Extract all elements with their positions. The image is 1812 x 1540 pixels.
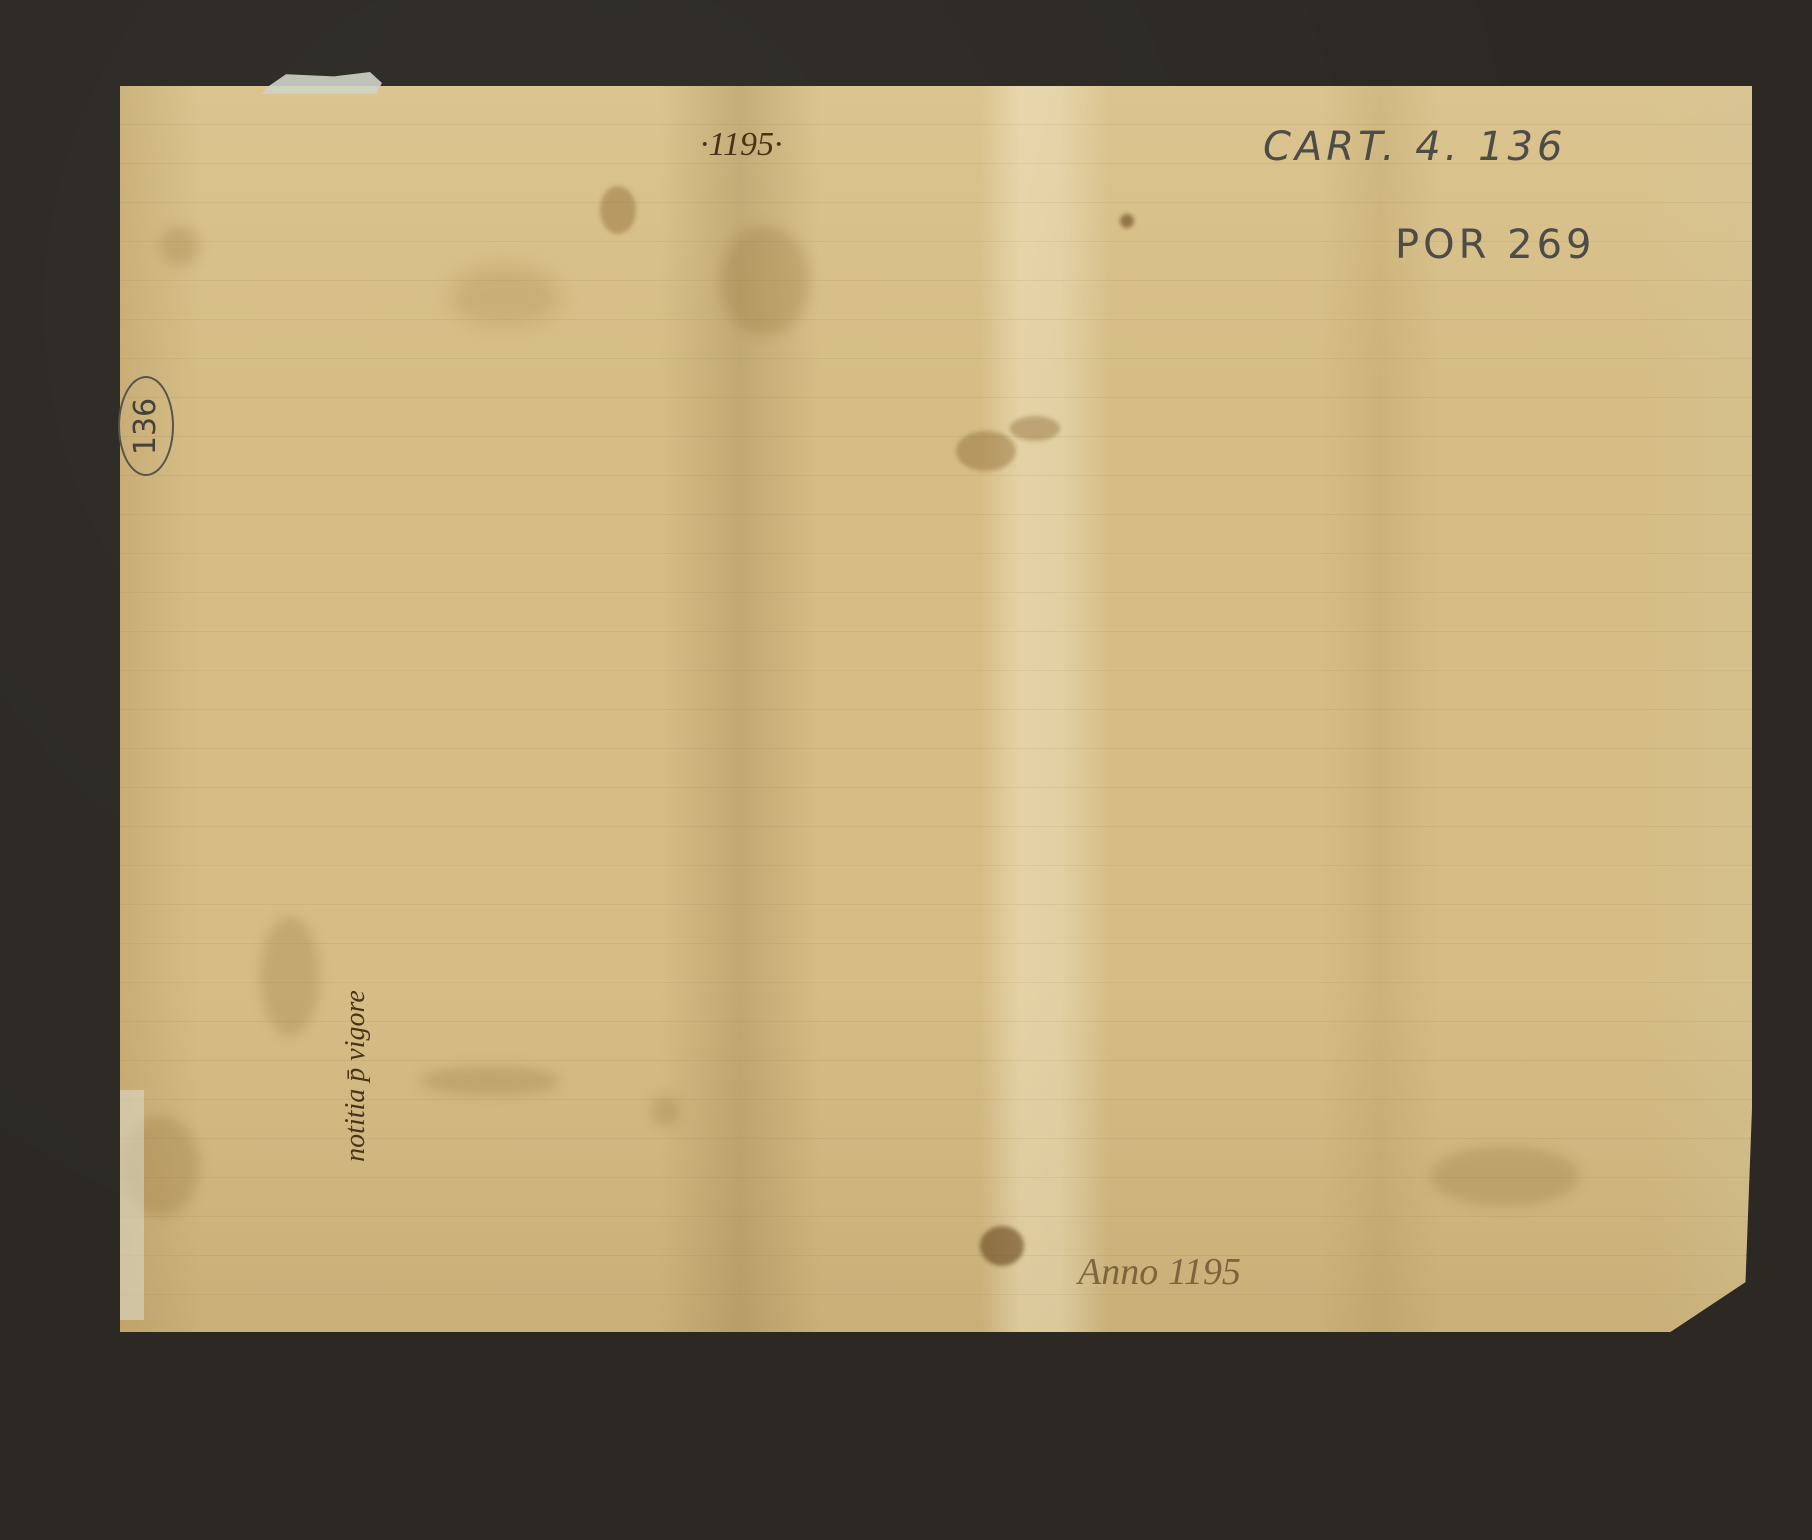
conservation-tape-left-edge: [120, 1090, 144, 1320]
stain: [650, 1096, 680, 1126]
stain: [1430, 1146, 1580, 1206]
stain: [160, 226, 200, 266]
year-annotation-bottom: Anno 1195: [1078, 1250, 1241, 1294]
stain: [720, 226, 810, 336]
stain: [260, 916, 320, 1036]
year-annotation-top: ·1195·: [700, 126, 782, 164]
stain: [1120, 214, 1134, 228]
shelfmark-line-1: CART. 4. 136: [1263, 124, 1566, 170]
stain: [956, 431, 1016, 471]
circled-number-text: 136: [129, 397, 164, 454]
stain: [420, 1066, 560, 1096]
circled-folio-number: 136: [118, 376, 174, 476]
stain: [450, 266, 560, 326]
shelfmark-line-2: POR 269: [1395, 222, 1595, 268]
stain: [980, 1226, 1024, 1266]
stain: [1010, 416, 1060, 441]
stain: [600, 186, 636, 234]
vertical-dorsal-note: notitia p̄ vigore: [340, 976, 372, 1176]
